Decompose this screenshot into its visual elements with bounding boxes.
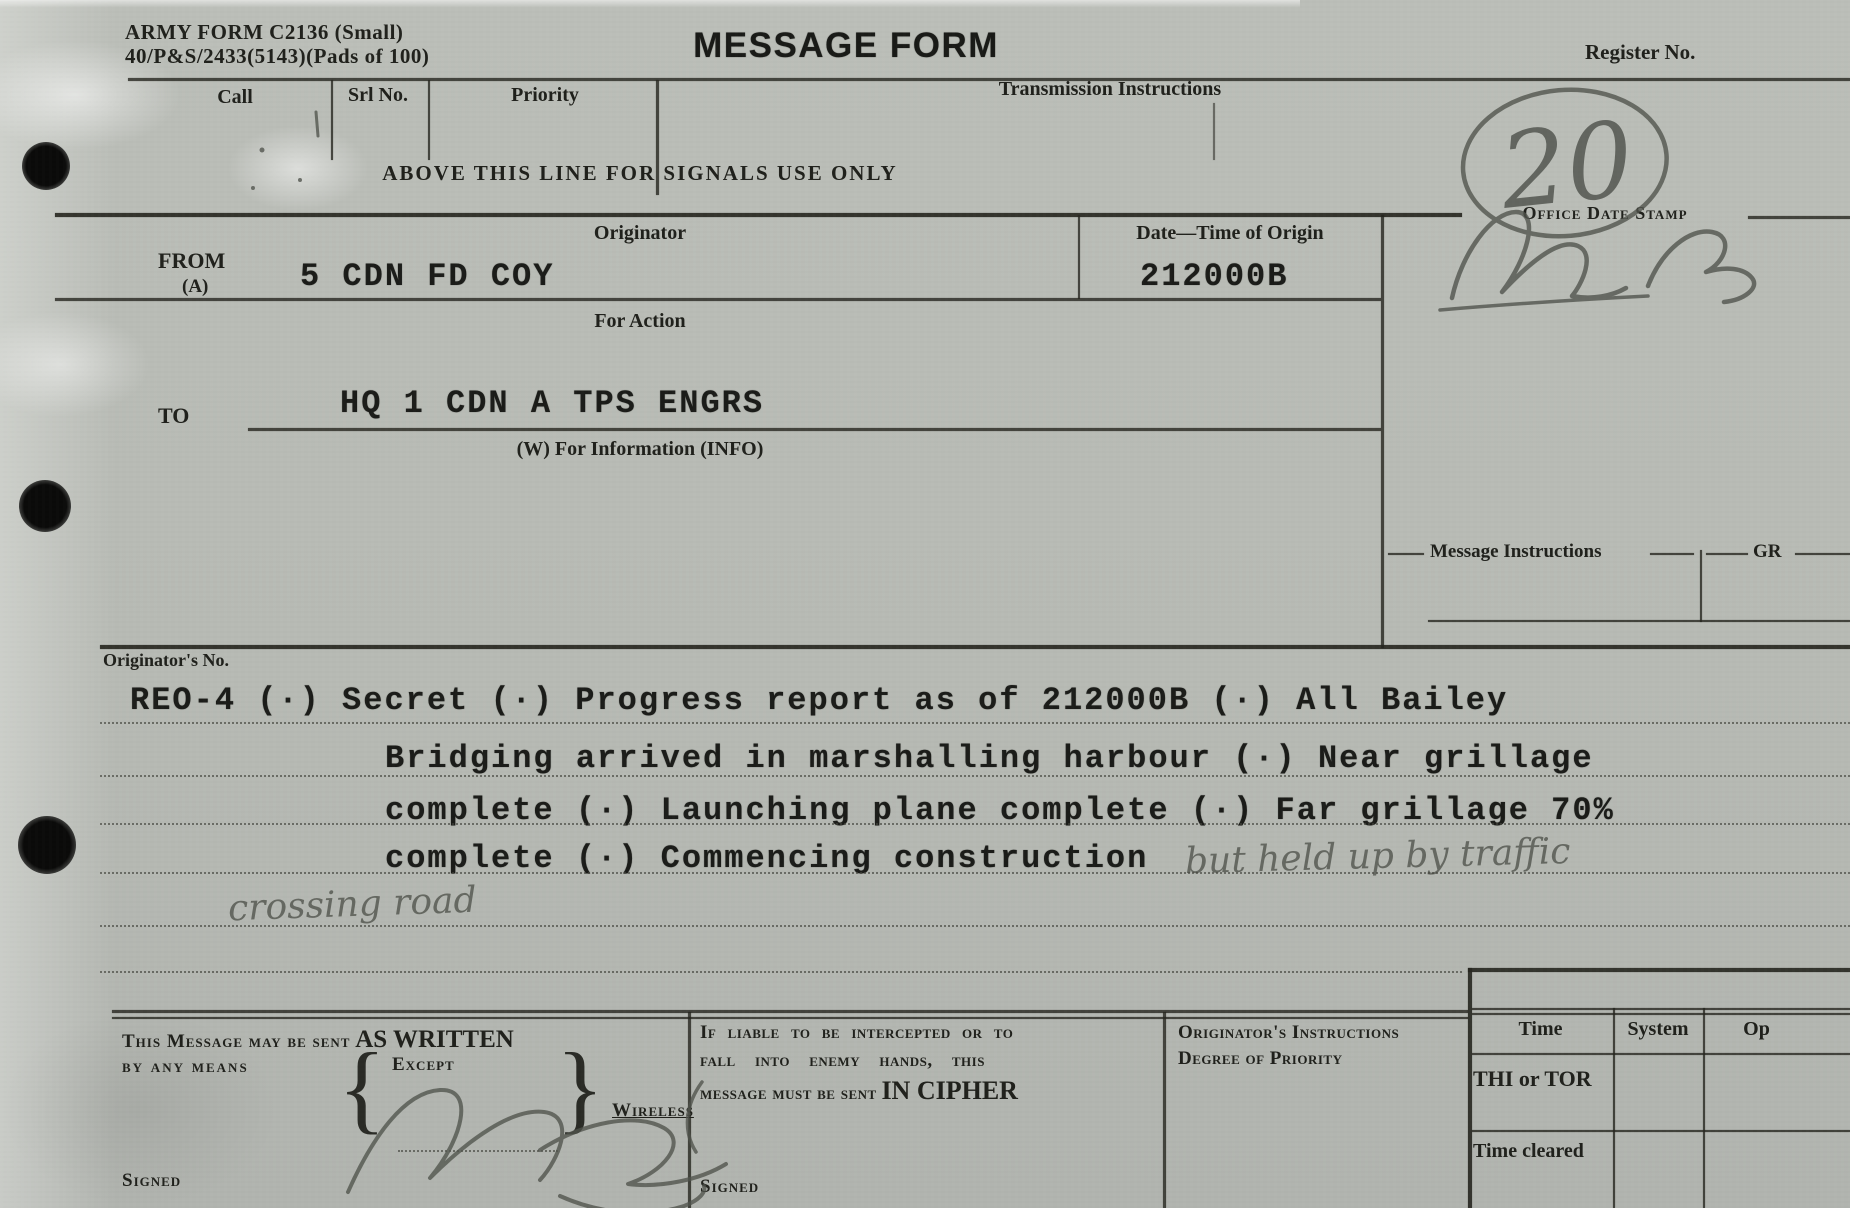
signature-scrawl	[1440, 296, 1648, 310]
rule	[248, 428, 1381, 431]
brace-close: }	[556, 1040, 604, 1135]
rule	[1468, 968, 1472, 1208]
rule	[112, 1017, 1468, 1019]
rule	[1213, 103, 1215, 160]
form-title: MESSAGE FORM	[646, 26, 1046, 66]
srl-no-label: Srl No.	[330, 84, 426, 107]
ruled-line	[100, 872, 1850, 874]
handwritten-note-line-2: crossing road	[227, 880, 477, 930]
rule	[1472, 1008, 1850, 1010]
pencil-dot	[251, 186, 255, 190]
rule	[112, 1010, 1468, 1013]
ruled-line	[100, 775, 1850, 777]
call-label: Call	[180, 86, 290, 109]
rule	[55, 213, 1462, 217]
message-line-2: Bridging arrived in marshalling harbour …	[385, 740, 1594, 777]
from-sub-label: (A)	[182, 276, 208, 298]
rule	[1748, 216, 1850, 219]
pencil-dot	[260, 148, 265, 153]
in-cipher-emphasis: IN CIPHER	[881, 1076, 1018, 1105]
priority-label: Priority	[480, 84, 610, 107]
message-form-scan: ARMY FORM C2136 (Small) 40/P&S/2433(5143…	[0, 0, 1850, 1208]
signature-scrawl	[1452, 212, 1626, 298]
ruled-line	[100, 925, 1850, 927]
rule	[1650, 553, 1694, 555]
signature-scrawl	[1648, 232, 1754, 302]
degree-of-priority-label: Degree of Priority	[1178, 1048, 1342, 1070]
except-label: Except	[392, 1054, 455, 1076]
to-label: TO	[158, 403, 189, 429]
to-value: HQ 1 CDN A TPS ENGRS	[340, 385, 764, 422]
office-date-stamp-label: Office Date Stamp	[1462, 203, 1748, 224]
rule	[428, 80, 430, 160]
table-col-system: System	[1613, 1018, 1703, 1041]
for-information-label: (W) For Information (INFO)	[390, 438, 890, 461]
pencil-dot	[298, 178, 302, 182]
signals-use-only-line: ABOVE THIS LINE FOR SIGNALS USE ONLY	[340, 161, 940, 186]
originators-no-label: Originator's No.	[103, 650, 229, 671]
message-line-1: REO-4 (·) Secret (·) Progress report as …	[130, 682, 1508, 719]
punch-hole	[18, 816, 76, 874]
as-written-prefix: This Message may be sent	[122, 1031, 350, 1052]
brace-open: {	[338, 1040, 386, 1135]
table-row-time-cleared: Time cleared	[1473, 1140, 1584, 1163]
rule	[1381, 215, 1384, 648]
scan-artifact	[0, 312, 150, 417]
signed-label-as-written: Signed	[122, 1170, 181, 1192]
rule	[1700, 550, 1702, 622]
signed-label-cipher: Signed	[700, 1176, 759, 1198]
form-reference-line1: ARMY FORM C2136 (Small)	[125, 20, 429, 44]
rule	[1795, 553, 1850, 555]
rule	[1078, 215, 1080, 299]
ruled-line	[100, 823, 1850, 825]
rule	[1388, 553, 1424, 555]
gr-label: GR	[1753, 541, 1782, 563]
ruled-line	[100, 971, 1462, 973]
rule	[1163, 1012, 1166, 1208]
cipher-statement-line3: message must be sent IN CIPHER	[700, 1076, 1018, 1106]
rule	[55, 298, 1381, 301]
cipher-statement-line2: fall into enemy hands, this	[700, 1050, 985, 1072]
punch-hole	[22, 142, 70, 190]
message-instructions-label: Message Instructions	[1430, 541, 1602, 563]
signature-scrawl	[560, 1186, 704, 1208]
for-action-label: For Action	[440, 310, 840, 333]
rule	[1472, 1130, 1850, 1132]
transmission-instructions-label: Transmission Instructions	[930, 78, 1290, 101]
originator-instructions-label: Originator's Instructions	[1178, 1022, 1399, 1044]
rule	[1472, 1053, 1850, 1055]
ruled-line	[100, 722, 1850, 724]
by-any-means-label: by any means	[122, 1056, 249, 1078]
from-value: 5 CDN FD COY	[300, 258, 554, 295]
cipher-statement-line1: If liable to be intercepted or to	[700, 1022, 1013, 1044]
date-time-of-origin-label: Date—Time of Origin	[1085, 222, 1375, 245]
rule	[100, 645, 1850, 649]
from-label: FROM	[158, 248, 225, 274]
table-row-thi-or-tor: THI or TOR	[1473, 1066, 1592, 1092]
as-written-statement: This Message may be sent AS WRITTEN	[122, 1026, 514, 1054]
rule	[1706, 553, 1748, 555]
handwritten-note-line-1: but held up by traffic	[1185, 831, 1571, 882]
pencil-tick	[316, 112, 318, 136]
rule	[1468, 968, 1850, 972]
rule	[1428, 620, 1850, 622]
table-col-time: Time	[1468, 1018, 1613, 1041]
originator-label: Originator	[440, 222, 840, 245]
rule	[1472, 1013, 1850, 1015]
ruled-line	[398, 1150, 558, 1152]
register-no-label: Register No.	[1585, 40, 1695, 65]
table-col-op: Op	[1703, 1018, 1810, 1041]
date-time-of-origin-value: 212000B	[1140, 258, 1288, 295]
punch-hole	[19, 480, 71, 532]
scan-artifact	[0, 0, 1300, 8]
cipher-statement-line3-prefix: message must be sent	[700, 1083, 877, 1104]
form-reference-line2: 40/P&S/2433(5143)(Pads of 100)	[125, 44, 429, 68]
form-reference: ARMY FORM C2136 (Small) 40/P&S/2433(5143…	[125, 20, 429, 68]
wireless-label: Wireless	[612, 1100, 694, 1122]
